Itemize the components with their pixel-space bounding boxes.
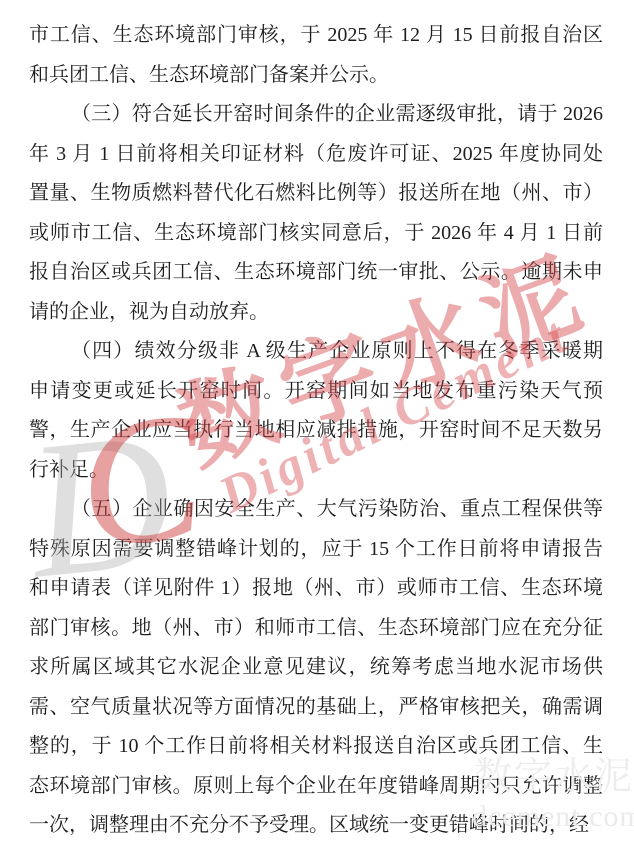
- document-line: 申请变更或延长开窑时间。开窑期间如当地发布重污染天气预: [29, 372, 603, 412]
- document-line: 年 3 月 1 日前将相关印证材料（危废许可证、2025 年度协同处: [29, 135, 603, 175]
- document-line: 报自治区或兵团工信、生态环境部门统一审批、公示。逾期未申: [29, 253, 603, 293]
- document-line: 或师市工信、生态环境部门核实同意后，于 2026 年 4 月 1 日前: [29, 214, 603, 254]
- document-line: 需、空气质量状况等方面情况的基础上，严格审核把关，确需调: [29, 688, 603, 728]
- document-line: 市工信、生态环境部门审核，于 2025 年 12 月 15 日前报自治区: [29, 16, 603, 56]
- document-line: 置量、生物质燃料替代化石燃料比例等）报送所在地（州、市）: [29, 174, 603, 214]
- document-line: 警，生产企业应当执行当地相应减排措施，开窑时间不足天数另: [29, 411, 603, 451]
- document-line: 特殊原因需要调整错峰计划的，应于 15 个工作日前将申请报告: [29, 530, 603, 570]
- document-line: （四）绩效分级非 A 级生产企业原则上不得在冬季采暖期: [29, 332, 603, 372]
- document-line: 行补足。: [29, 451, 603, 491]
- document-line: 态环境部门审核。原则上每个企业在年度错峰周期内只允许调整: [29, 767, 603, 807]
- document-text-block: 市工信、生态环境部门审核，于 2025 年 12 月 15 日前报自治区 和兵团…: [0, 0, 634, 855]
- document-line: 整的，于 10 个工作日前将相关材料报送自治区或兵团工信、生: [29, 727, 603, 767]
- document-page: 市工信、生态环境部门审核，于 2025 年 12 月 15 日前报自治区 和兵团…: [0, 0, 634, 855]
- document-line: 一次，调整理由不充分不予受理。区域统一变更错峰时间的，经: [29, 806, 603, 846]
- document-line: 部门审核。地（州、市）和师市工信、生态环境部门应在充分征: [29, 609, 603, 649]
- document-line: 请的企业，视为自动放弃。: [29, 293, 603, 333]
- document-line: （三）符合延长开窑时间条件的企业需逐级审批，请于 2026: [29, 95, 603, 135]
- document-line: 和申请表（详见附件 1）报地（州、市）或师市工信、生态环境: [29, 569, 603, 609]
- document-line: 和兵团工信、生态环境部门备案并公示。: [29, 56, 603, 96]
- document-line: 求所属区域其它水泥企业意见建议，统筹考虑当地水泥市场供: [29, 648, 603, 688]
- document-line: （五）企业确因安全生产、大气污染防治、重点工程保供等: [29, 490, 603, 530]
